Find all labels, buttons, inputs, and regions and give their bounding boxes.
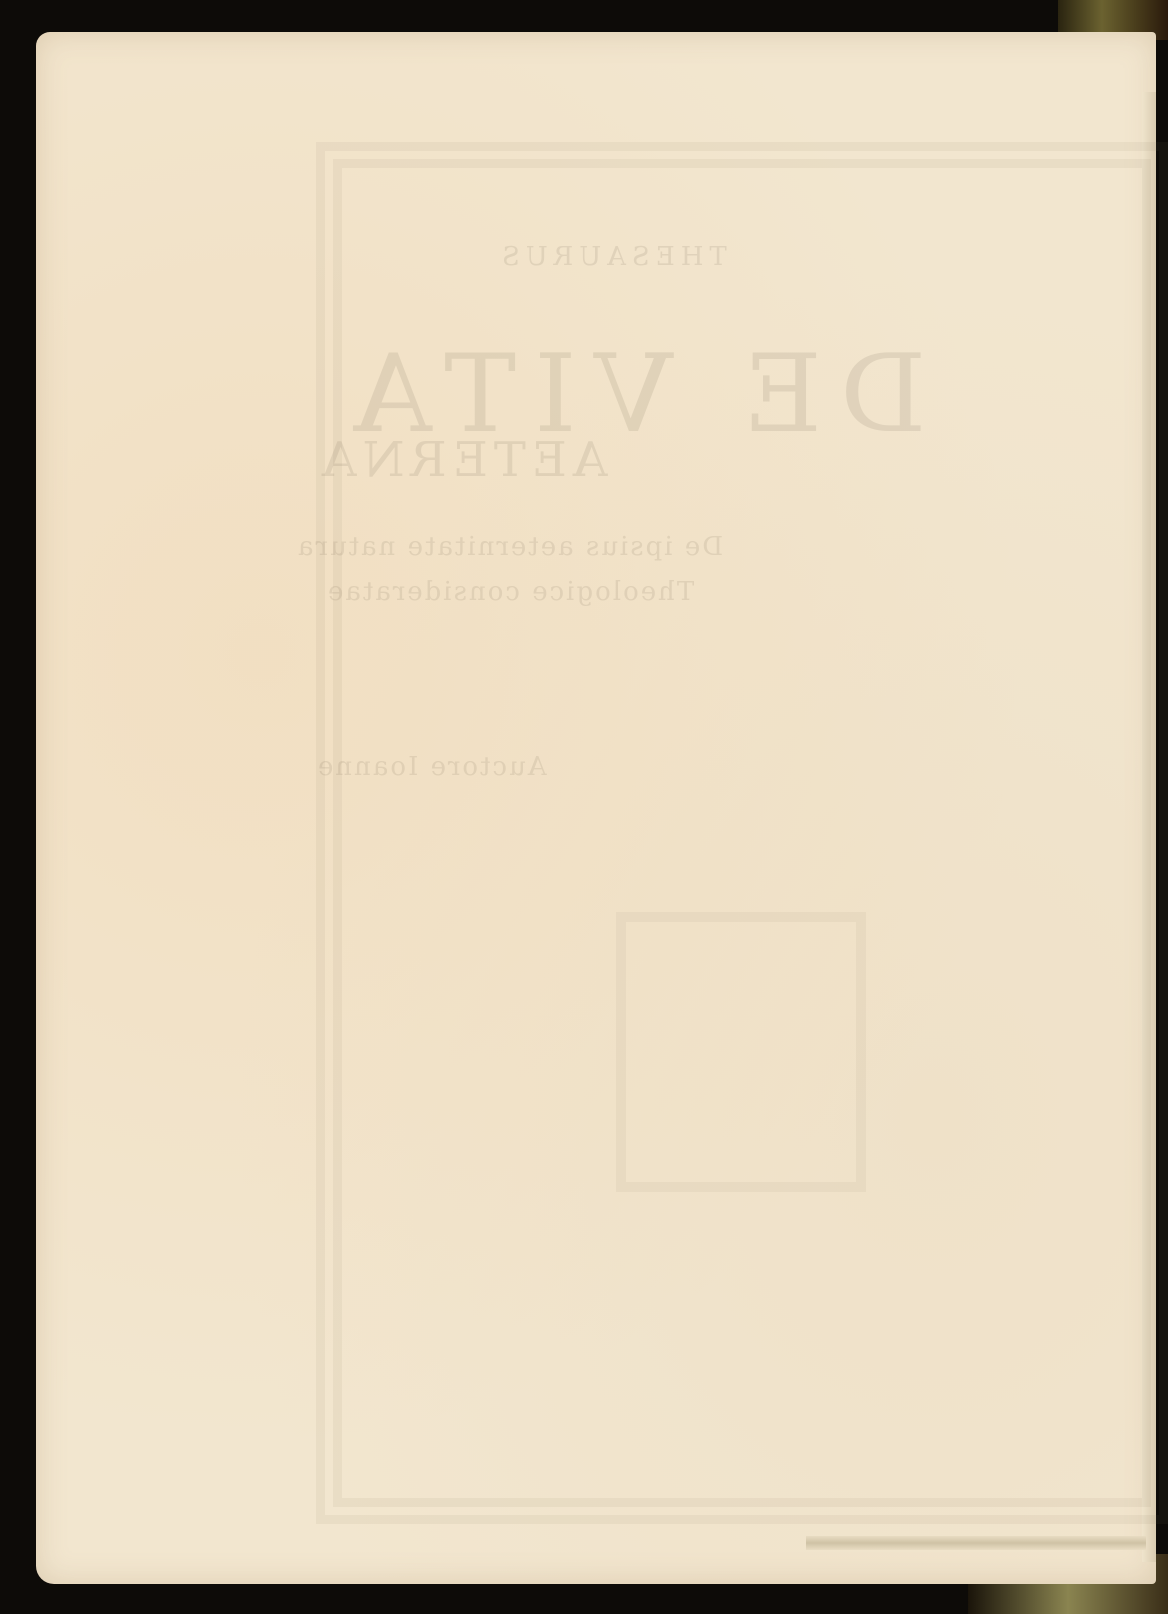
show-through-subtitle: AETERNA — [316, 432, 608, 488]
show-through-line: Auctore Ioanne — [316, 752, 547, 782]
book-page: THESAURUS DE VITA AETERNA De ipsius aete… — [36, 32, 1156, 1584]
page-stack-edge — [806, 1536, 1146, 1550]
show-through-line: Theologice consideratae — [326, 577, 694, 607]
show-through-heading: THESAURUS — [496, 242, 727, 272]
show-through-line: De ipsius aeternitate natura — [296, 532, 723, 562]
show-through-printer-device — [616, 912, 866, 1192]
